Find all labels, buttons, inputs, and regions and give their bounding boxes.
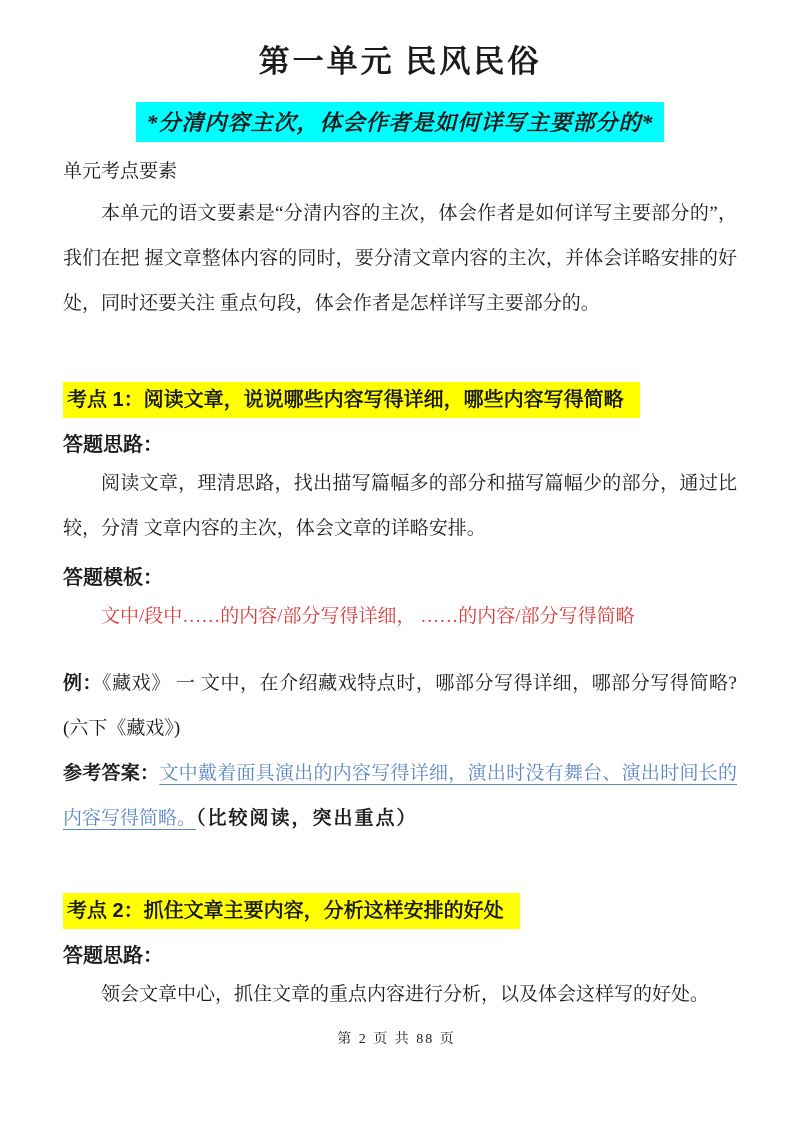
unit-title: 第一单元 民风民俗 bbox=[63, 36, 737, 81]
kaodian1-silu-label: 答题思路： bbox=[63, 431, 737, 459]
page-footer: 第 2 页 共 88 页 bbox=[0, 1028, 793, 1048]
kaodian2-silu-text: 领会文章中心，抓住文章的重点内容进行分析，以及体会这样写的好处。 bbox=[63, 972, 737, 1017]
example-label: 例： bbox=[63, 673, 102, 694]
answer-note: （比较阅读，突出重点） bbox=[196, 808, 418, 829]
kaodian1-template-text: 文中/段中……的内容/部分写得详细， ……的内容/部分写得简略 bbox=[63, 594, 737, 639]
answer-label: 参考答案： bbox=[63, 763, 159, 784]
example-text: 《藏戏》 一 文中，在介绍藏戏特点时，哪部分写得详细，哪部分写得简略? (六下《… bbox=[63, 673, 737, 739]
unit-focus-banner: *分清内容主次，体会作者是如何详写主要部分的* bbox=[136, 102, 663, 142]
kaodian1-example-paragraph: 例：《藏戏》 一 文中，在介绍藏戏特点时，哪部分写得详细，哪部分写得简略? (六… bbox=[63, 661, 737, 751]
kaodian2-silu-label: 答题思路： bbox=[63, 942, 737, 970]
intro-paragraph: 本单元的语文要素是“分清内容的主次，体会作者是如何详写主要部分的”，我们在把 握… bbox=[63, 191, 737, 326]
kaodian1-answer-paragraph: 参考答案：文中戴着面具演出的内容写得详细，演出时没有舞台、演出时间长的内容写得简… bbox=[63, 751, 737, 841]
kaodian1-muban-label: 答题模板： bbox=[63, 564, 737, 592]
kaodian2-heading: 考点 2：抓住文章主要内容，分析这样安排的好处 bbox=[63, 893, 520, 929]
banner-row: *分清内容主次，体会作者是如何详写主要部分的* bbox=[63, 102, 737, 142]
document-page: 第一单元 民风民俗 *分清内容主次，体会作者是如何详写主要部分的* 单元考点要素… bbox=[0, 0, 793, 1122]
kaodian1-heading: 考点 1：阅读文章，说说哪些内容写得详细，哪些内容写得简略 bbox=[63, 382, 640, 418]
kaodian1-silu-text: 阅读文章，理清思路，找出描写篇幅多的部分和描写篇幅少的部分，通过比较，分清 文章… bbox=[63, 461, 737, 551]
section-heading: 单元考点要素 bbox=[63, 159, 737, 185]
